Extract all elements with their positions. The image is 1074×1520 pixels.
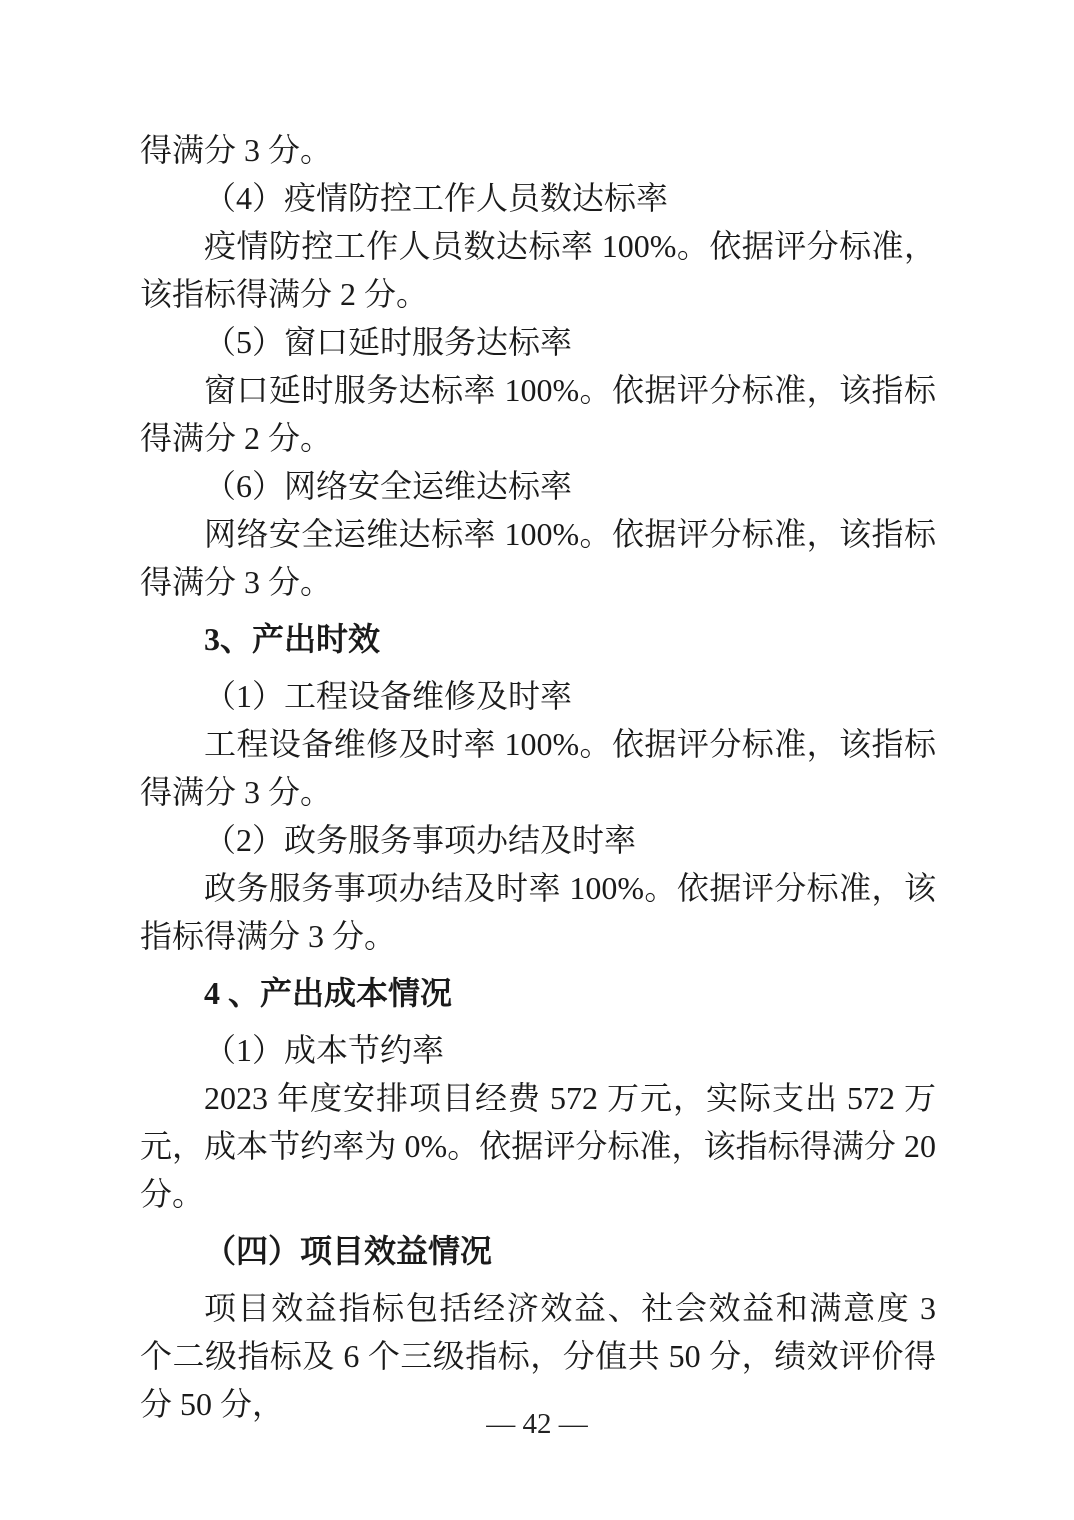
document-page: 得满分 3 分。 （4）疫情防控工作人员数达标率 疫情防控工作人员数达标率 10… bbox=[0, 0, 1074, 1520]
paragraph: （1）工程设备维修及时率 bbox=[140, 672, 936, 720]
paragraph: （6）网络安全运维达标率 bbox=[140, 462, 936, 510]
document-content: 得满分 3 分。 （4）疫情防控工作人员数达标率 疫情防控工作人员数达标率 10… bbox=[140, 126, 936, 1428]
paragraph: 政务服务事项办结及时率 100%。依据评分标准，该指标得满分 3 分。 bbox=[140, 864, 936, 960]
paragraph: 工程设备维修及时率 100%。依据评分标准，该指标得满分 3 分。 bbox=[140, 720, 936, 816]
page-footer: — 42 — bbox=[0, 1404, 1074, 1444]
paragraph: 疫情防控工作人员数达标率 100%。依据评分标准，该指标得满分 2 分。 bbox=[140, 222, 936, 318]
paragraph: （1）成本节约率 bbox=[140, 1026, 936, 1074]
paragraph: （2）政务服务事项办结及时率 bbox=[140, 816, 936, 864]
paragraph: （4）疫情防控工作人员数达标率 bbox=[140, 174, 936, 222]
section-heading: （四）项目效益情况 bbox=[140, 1227, 936, 1275]
section-heading: 4 、产出成本情况 bbox=[140, 969, 936, 1017]
section-heading: 3、产出时效 bbox=[140, 615, 936, 663]
paragraph: 2023 年度安排项目经费 572 万元，实际支出 572 万元，成本节约率为 … bbox=[140, 1074, 936, 1218]
paragraph: （5）窗口延时服务达标率 bbox=[140, 318, 936, 366]
paragraph: 网络安全运维达标率 100%。依据评分标准，该指标得满分 3 分。 bbox=[140, 510, 936, 606]
paragraph-fragment: 得满分 3 分。 bbox=[140, 126, 936, 174]
page-number: — 42 — bbox=[486, 1408, 588, 1440]
paragraph: 窗口延时服务达标率 100%。依据评分标准，该指标得满分 2 分。 bbox=[140, 366, 936, 462]
